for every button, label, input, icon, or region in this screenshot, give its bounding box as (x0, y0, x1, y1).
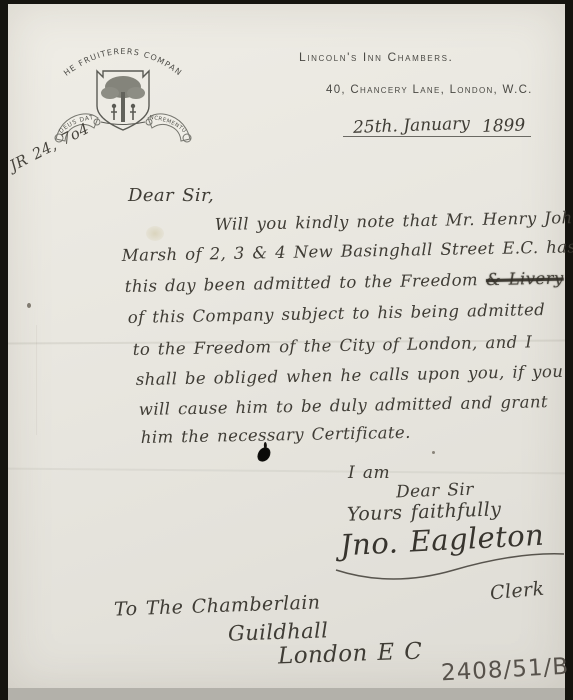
closing-i-am: I am (348, 463, 390, 483)
letterhead-address-line1: Lincoln's Inn Chambers. (299, 50, 453, 64)
date-line: 25th. January 1899 (343, 108, 531, 137)
date-day-month: 25th. January (343, 114, 471, 138)
date-year: 1899 (481, 115, 531, 137)
recipient-line3: London E C (278, 638, 423, 669)
scanner-bed-strip (8, 688, 565, 700)
scanned-letter: THE FRUITERERS COMPANY DEUS DAT (0, 0, 573, 700)
crest-shield (97, 71, 149, 130)
letterhead-address-line2: 40, Chancery Lane, London, W.C. (326, 84, 533, 96)
struck-out-text: & Livery (486, 269, 564, 289)
crest-arc-text: THE FRUITERERS COMPANY (48, 26, 184, 78)
salutation: Dear Sir, (128, 185, 214, 206)
